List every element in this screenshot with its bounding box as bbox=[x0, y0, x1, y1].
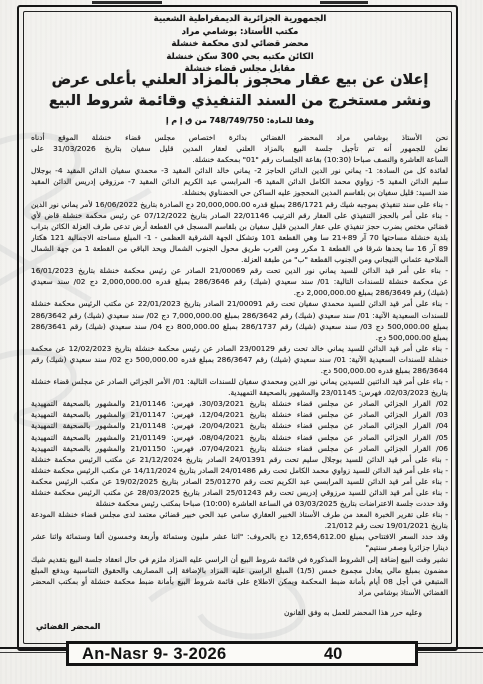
body-line: الملاحية عثماني النيجاني ومن الجنوب القط… bbox=[31, 254, 448, 265]
header-bailiff-line: محضر قضائي لدى محكمة خنشلة bbox=[30, 38, 450, 51]
body-line: نعلن للجمهور أنه تم تأجيل جلسة البيع بال… bbox=[31, 143, 448, 154]
body-closing-line: وعليه حرر هذا المحضر للعمل به وفق القانو… bbox=[31, 607, 448, 618]
body-line: القضائي الأستاذ بوشامي مراد bbox=[31, 587, 448, 598]
body-line: بمبلغ 500,000.00 دج 03/ سند سعيدي (شيك) … bbox=[31, 321, 448, 332]
body-line: - بناء على أمر قيد الدائن للسيد محمدي سف… bbox=[31, 298, 448, 309]
header-office-line: مكتب الأستاذ: بوشامي مراد bbox=[30, 26, 450, 39]
publication-name-date: An-Nasr 9- 3-2026 bbox=[82, 645, 227, 664]
body-line: - بناء على أمر قيد الدائن للسيد يماني خا… bbox=[31, 343, 448, 354]
body-line: قضائي مختص بضرب حجز تنفيذي على عقار المد… bbox=[31, 221, 448, 232]
body-line: لفائدة كل من السادة: 1- يماني نور الدين … bbox=[31, 165, 448, 176]
body-line: 06/ القرار الجزائي الصادر عن مجلس قضاء خ… bbox=[31, 443, 448, 454]
document-header: الجمهورية الجزائرية الديمقراطية الشعبية … bbox=[30, 13, 450, 76]
body-line: - بناء على أمر بالحجز التنفيذي على العقا… bbox=[31, 210, 448, 221]
body-line: خنشلة للسندات السعيدية الآتية: 01/ سند س… bbox=[31, 354, 448, 365]
publication-box: An-Nasr 9- 3-2026 40 bbox=[66, 641, 418, 666]
body-line: - بناء على سند تنفيذي بموجبه شيك رقم 286… bbox=[31, 199, 448, 210]
body-line: الساعة العاشرة والنصف صباحا (10:30) بقاع… bbox=[31, 154, 448, 165]
body-line: بلدية خنشلة مساحتها 70 آر 89+21 سا وهي ا… bbox=[31, 232, 448, 243]
publication-page-number: 40 bbox=[324, 645, 342, 664]
header-republic-line: الجمهورية الجزائرية الديمقراطية الشعبية bbox=[30, 13, 450, 26]
body-line: مضمون بمبلغ مالي يعادل مجموع خمس (1/5) ا… bbox=[31, 565, 448, 576]
body-line: 03/ القرار الجزائي الصادر عن مجلس قضاء خ… bbox=[31, 409, 448, 420]
notice-title-line2: ونشر مستخرج من السند التنفيذي وقائمة شرو… bbox=[40, 93, 440, 109]
body-line: 286/3644 بمبلغ قدره 500,000.00 دج. bbox=[31, 365, 448, 376]
notice-title-line1: إعلان عن بيع عقار محجوز بالمزاد العلني ب… bbox=[40, 72, 440, 88]
header-address-line: الكائن مكتبه بحي 300 سكن خنشلة bbox=[30, 51, 450, 64]
body-line: 02/ القرار الجزائي الصادر عن مجلس قضاء خ… bbox=[31, 398, 448, 409]
scan-artifact bbox=[320, 1, 368, 4]
body-line: - بناء على أمر قيد الدائن للسيد المرابسي… bbox=[31, 476, 448, 487]
body-line: 89 آر 16 سا يحدها شرقا في القطعة 1 مكرر … bbox=[31, 243, 448, 254]
body-line: نحن الأستاذ بوشامي مراد المحضر القضائي ب… bbox=[31, 132, 448, 143]
body-line: - بناء على أمر قيد الدائن للسيد مرزوقي إ… bbox=[31, 487, 448, 498]
body-line: سليم الدائن المقيد 5- زواوي محمد الكامل … bbox=[31, 176, 448, 187]
body-line: 05/ القرار الجزائي الصادر عن مجلس قضاء خ… bbox=[31, 432, 448, 443]
body-line: بتاريخ 02/03/2023، فهرس: 23/01145 والمشه… bbox=[31, 387, 448, 398]
bailiff-signature-label: المحضر القضائي bbox=[36, 622, 100, 631]
body-line: للسندات السعيدية الآتية: 01/ سند سعيدي (… bbox=[31, 310, 448, 321]
body-line: نشير وقت البيع إضافة إلى الشروط المذكورة… bbox=[31, 554, 448, 565]
body-line: - بناء على أمر قيد الدائن للسيد بوجلال س… bbox=[31, 454, 448, 465]
scanned-legal-notice-page: الجمهورية الجزائرية الديمقراطية الشعبية … bbox=[0, 0, 483, 684]
body-line: - بناء على أمر قيد الدائن للسيد يماني نو… bbox=[31, 265, 448, 276]
body-line: 04/ القرار الجزائي الصادر عن مجلس قضاء خ… bbox=[31, 420, 448, 431]
scan-artifact bbox=[92, 1, 162, 4]
legal-basis-line: وفقا للمادة: 748/749/750 من ق إ م إ bbox=[40, 116, 440, 125]
body-line: ضد السيد: قليل سفيان بن بلقاسم المدين ال… bbox=[31, 187, 448, 198]
notice-body: نحن الأستاذ بوشامي مراد المحضر القضائي ب… bbox=[31, 132, 448, 618]
body-line: - بناء على أمر قيد الدائنين للسيدين يمان… bbox=[31, 376, 448, 387]
body-line: وقد حددت جلسة الاعتراضات بتاريخ 03/03/20… bbox=[31, 498, 448, 509]
body-line: وقد حدد السعر الافتتاحي بمبلغ 12,654,612… bbox=[31, 531, 448, 542]
body-line: المتبقي في أجل 08 أيام بأمانة ضبط المحكم… bbox=[31, 576, 448, 587]
body-line: بمبلغ 500,000.00 دج. bbox=[31, 332, 448, 343]
body-line: عن محكمة خنشلة للسندات التالية: 01/ سند … bbox=[31, 276, 448, 287]
body-line: (شيك) رقم 286/3649 بمبلغ 2,000,000.00 دج… bbox=[31, 287, 448, 298]
body-line: - بناء على تقرير الخبرة المعد من طرف الأ… bbox=[31, 509, 448, 520]
body-line: بتاريخ 19/01/2021 تحت رقم 21/012. bbox=[31, 520, 448, 531]
body-line: - بناء على أمر قيد الدائن للسيد زواوي مح… bbox=[31, 465, 448, 476]
scan-artifact bbox=[455, 100, 457, 520]
body-line: دينارا جزائريا وصفر سنتيم" bbox=[31, 542, 448, 553]
